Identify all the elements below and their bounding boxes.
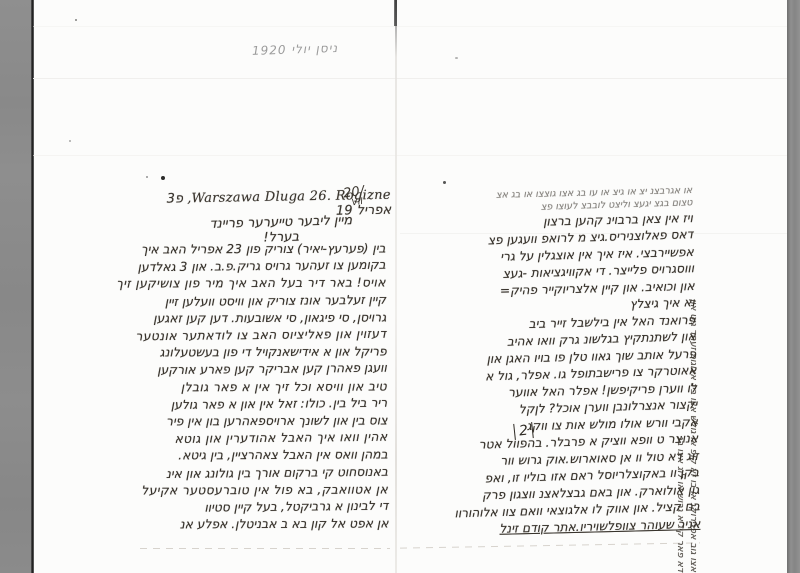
paper-crease: [140, 548, 390, 549]
dust-speck: [75, 19, 77, 21]
scanner-background-left: [0, 0, 31, 573]
page-edge-shadow: [31, 0, 34, 573]
page-fold-line: [395, 0, 397, 573]
header-date-fraction: 20/ VII: [343, 187, 367, 210]
dust-speck: [69, 140, 71, 142]
handwriting-line: טיב און וויסא וכל זיך אין א פאר גובלן: [137, 378, 387, 396]
handwriting-line: באנוסחוט קי ברקום אורך בין גולונג און אי…: [138, 463, 388, 483]
pencil-date-annotation: ניסן יולי 1920: [252, 40, 362, 58]
handwriting-line: גרויסן, סי פיגאון, סי אשובעות. דען קען ז…: [136, 309, 386, 327]
handwriting-line: בין (פערעץ-יאיר) צוריק פון 23 אפריל האב …: [136, 240, 386, 258]
paper-crease: [400, 542, 700, 548]
handwriting-line: פריקל און א אידישאנקויל די פון בעשטעלונג: [137, 344, 387, 362]
left-page-body: בין (פערעץ-יאיר) צוריק פון 23 אפריל האב …: [135, 240, 388, 535]
scanner-streak: [33, 26, 787, 27]
handwriting-line: די לבינון א גרביקטל, בעל קיין סטיוו: [138, 498, 388, 518]
scanned-letter: ניסן יולי 1920 Warszawa Dluga 26. Rogizn…: [0, 0, 800, 573]
scanner-background-right: [787, 0, 800, 573]
handwriting-line: אויס! באר דיר בעל האב איך מיר פון צושיקע…: [136, 275, 386, 293]
dust-speck: [443, 181, 446, 184]
handwriting-line: צוס בין און לשונך ארויספאהרען בון אין פי…: [137, 412, 387, 430]
right-page-body: או אגרבצנ יצ או גיצ או עו בג אצו גוצצו א…: [400, 184, 700, 540]
page-number-marker: 2: [513, 422, 533, 440]
margin-note-line: אצו גוב אפגירוקנ או בו זא קופ או גולש אצ…: [687, 186, 700, 572]
dust-speck: [146, 176, 148, 178]
handwriting-line: אן אפט אל קון בא ב אבניטלן. אפלע אנ: [138, 516, 388, 534]
handwriting-line: ריר ביל בין. כולו: זאל אין און א פאר גול…: [137, 395, 387, 415]
handwriting-line: וועגן פאהרן קען אבריקר קען פארע אורקען: [137, 360, 387, 380]
margin-note-line: דא פאר קיג א גרוש או לוג אצו בג: [674, 186, 687, 572]
margin-note-vertical: אצו גוב אפגירוקנ או בו זא קופ או גולש אצ…: [662, 186, 700, 572]
dust-speck: [455, 57, 458, 59]
scanner-streak: [33, 155, 787, 156]
handwriting-line: קיין זעלבער אונז צוריק און וויסט וועלען …: [136, 291, 386, 311]
handwriting-line: אן אטוואבק, בא פול אין טוברעסטער אקיעל: [138, 481, 388, 499]
handwriting-line: דעזוין און פאליציוס האב צו לודאתער אונטע…: [136, 326, 386, 346]
scanner-streak: [33, 78, 787, 79]
handwriting-line: במהן וואס אין האבל צאהרציין, בין גיטא.: [138, 447, 388, 465]
page-fold-mark: [394, 0, 397, 26]
dust-speck: [161, 176, 165, 180]
